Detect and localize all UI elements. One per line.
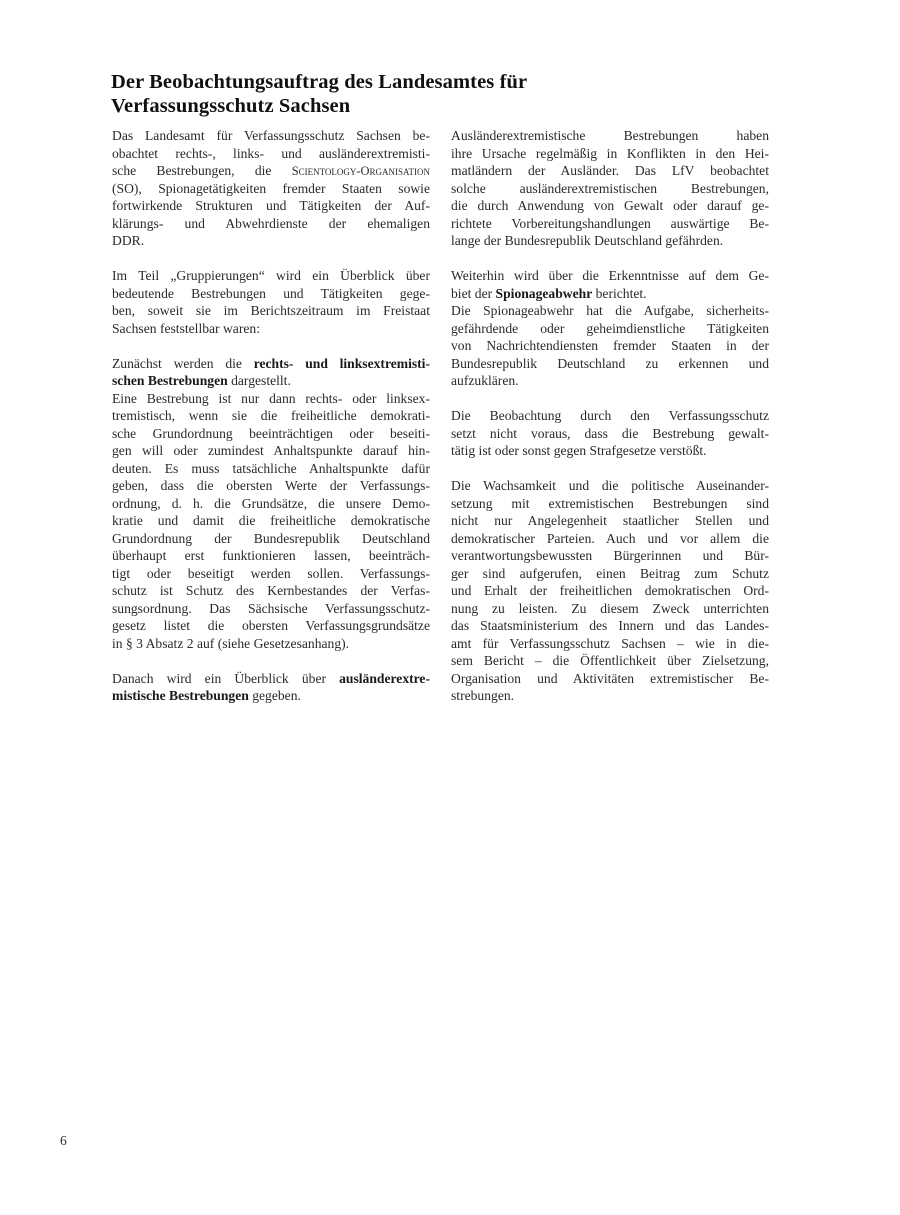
text-line: Weiterhin wird über die Erkenntnisse auf… — [451, 267, 769, 285]
text-line: deuten. Es muss tatsächliche Anhaltspunk… — [112, 460, 430, 478]
text-line: Danach wird ein Überblick über ausländer… — [112, 670, 430, 688]
text-line: setzung mit extremistischen Bestrebungen… — [451, 495, 769, 513]
right-column: Ausländerextremistische Bestrebungen hab… — [451, 127, 769, 722]
text-line: strebungen. — [451, 687, 769, 705]
text-line: Organisation und Aktivitäten extremistis… — [451, 670, 769, 688]
text-line: ben, soweit sie im Berichtszeitraum im F… — [112, 302, 430, 320]
text-line: schutz ist Schutz des Kernbestandes der … — [112, 582, 430, 600]
text-line: verantwortungsbewussten Bürgerinnen und … — [451, 547, 769, 565]
paragraph-rechts-links: Zunächst werden die rechts- und linksext… — [112, 355, 430, 653]
text-line: matländern der Ausländer. Das LfV beobac… — [451, 162, 769, 180]
paragraph-intro: Das Landesamt für Verfassungsschutz Sach… — [112, 127, 430, 250]
bold-term: ausländerextre- — [339, 671, 430, 686]
text-line: richtete Vorbereitungshandlungen auswärt… — [451, 215, 769, 233]
text-line: ihre Ursache regelmäßig in Konflikten in… — [451, 145, 769, 163]
title-line-2: Verfassungsschutz Sachsen — [111, 94, 711, 118]
text-line: gen will oder zumindest Anhaltspunkte da… — [112, 442, 430, 460]
text-line: tremistisch, wenn sie die freiheitliche … — [112, 407, 430, 425]
text-line: aufzuklären. — [451, 372, 769, 390]
text-line: setzt nicht voraus, dass die Bestrebung … — [451, 425, 769, 443]
text-line: solche ausländerextremistischen Bestrebu… — [451, 180, 769, 198]
text-line: Die Wachsamkeit und die politische Ausei… — [451, 477, 769, 495]
text-line: gesetz listet die obersten Verfassungsgr… — [112, 617, 430, 635]
bold-term: rechts- und linksextremisti- — [254, 356, 430, 371]
text-line: sche Grundordnung beeinträchtigen oder b… — [112, 425, 430, 443]
text-line: und Erhalt der freiheitlichen demokratis… — [451, 582, 769, 600]
text-line: Grundordnung der Bundesrepublik Deutschl… — [112, 530, 430, 548]
text-line: (SO), Spionagetätigkeiten fremder Staate… — [112, 180, 430, 198]
text-line: überhaupt erst funktionieren lassen, bee… — [112, 547, 430, 565]
paragraph-auslaender: Danach wird ein Überblick über ausländer… — [112, 670, 430, 705]
text-line: amt für Verfassungsschutz Sachsen – wie … — [451, 635, 769, 653]
text-line: Zunächst werden die rechts- und linksext… — [112, 355, 430, 373]
bold-term: mistische Bestrebungen — [112, 688, 249, 703]
text-line: ordnung, d. h. die Grundsätze, die unser… — [112, 495, 430, 513]
left-column: Das Landesamt für Verfassungsschutz Sach… — [112, 127, 430, 722]
text-line: in § 3 Absatz 2 auf (siehe Gesetzesanhan… — [112, 635, 430, 653]
paragraph-wachsamkeit: Die Wachsamkeit und die politische Ausei… — [451, 477, 769, 705]
text-line: Im Teil „Gruppierungen“ wird ein Überbli… — [112, 267, 430, 285]
text-line: Die Beobachtung durch den Verfassungssch… — [451, 407, 769, 425]
page-number: 6 — [60, 1133, 67, 1149]
paragraph-gruppierungen: Im Teil „Gruppierungen“ wird ein Überbli… — [112, 267, 430, 337]
text-line: Die Spionageabwehr hat die Aufgabe, sich… — [451, 302, 769, 320]
text-line: Das Landesamt für Verfassungsschutz Sach… — [112, 127, 430, 145]
text-line: sem Bericht – die Öffentlichkeit über Zi… — [451, 652, 769, 670]
text-line: die durch Anwendung von Gewalt oder dara… — [451, 197, 769, 215]
text-line: schen Bestrebungen dargestellt. — [112, 372, 430, 390]
text-line: Eine Bestrebung ist nur dann rechts- ode… — [112, 390, 430, 408]
text-line: das Staatsministerium des Innern und das… — [451, 617, 769, 635]
text-line: bedeutende Bestrebungen und Tätigkeiten … — [112, 285, 430, 303]
text-line: biet der Spionageabwehr berichtet. — [451, 285, 769, 303]
text-line: geben, dass die obersten Werte der Verfa… — [112, 477, 430, 495]
text-line: DDR. — [112, 232, 430, 250]
title-line-1: Der Beobachtungsauftrag des Landesamtes … — [111, 70, 711, 94]
text-line: nicht nur Angelegenheit staatlicher Stel… — [451, 512, 769, 530]
text-line: ger sind aufgerufen, einen Beitrag zum S… — [451, 565, 769, 583]
text-line: sungsordnung. Das Sächsische Verfassungs… — [112, 600, 430, 618]
paragraph-auslaenderextremismus: Ausländerextremistische Bestrebungen hab… — [451, 127, 769, 250]
text-line: Bundesrepublik Deutschland zu erkennen u… — [451, 355, 769, 373]
paragraph-spionageabwehr: Weiterhin wird über die Erkenntnisse auf… — [451, 267, 769, 390]
text-line: tätig ist oder sonst gegen Strafgesetze … — [451, 442, 769, 460]
text-line: lange der Bundesrepublik Deutschland gef… — [451, 232, 769, 250]
text-line: demokratischer Parteien. Auch und vor al… — [451, 530, 769, 548]
text-line: obachtet rechts-, links- und ausländerex… — [112, 145, 430, 163]
paragraph-beobachtung: Die Beobachtung durch den Verfassungssch… — [451, 407, 769, 460]
text-line: nung zu leisten. Zu diesem Zweck unterri… — [451, 600, 769, 618]
text-line: Sachsen feststellbar waren: — [112, 320, 430, 338]
text-line: klärungs- und Abwehrdienste der ehemalig… — [112, 215, 430, 233]
text-line: von Nachrichtendiensten fremder Staaten … — [451, 337, 769, 355]
text-line: gefährdende oder geheimdienstliche Tätig… — [451, 320, 769, 338]
text-line: Ausländerextremistische Bestrebungen hab… — [451, 127, 769, 145]
text-line: kratie und damit die freiheitliche demok… — [112, 512, 430, 530]
page-title: Der Beobachtungsauftrag des Landesamtes … — [111, 70, 711, 118]
bold-term: Spionageabwehr — [496, 286, 593, 301]
text-line: sche Bestrebungen, die Scientology-Organ… — [112, 162, 430, 180]
scientology-term: Scientology-Organisation — [292, 164, 430, 178]
bold-term: schen Bestrebungen — [112, 373, 228, 388]
text-line: fortwirkende Strukturen und Tätigkeiten … — [112, 197, 430, 215]
text-line: mistische Bestrebungen gegeben. — [112, 687, 430, 705]
text-line: tigt oder beseitigt werden sollen. Verfa… — [112, 565, 430, 583]
